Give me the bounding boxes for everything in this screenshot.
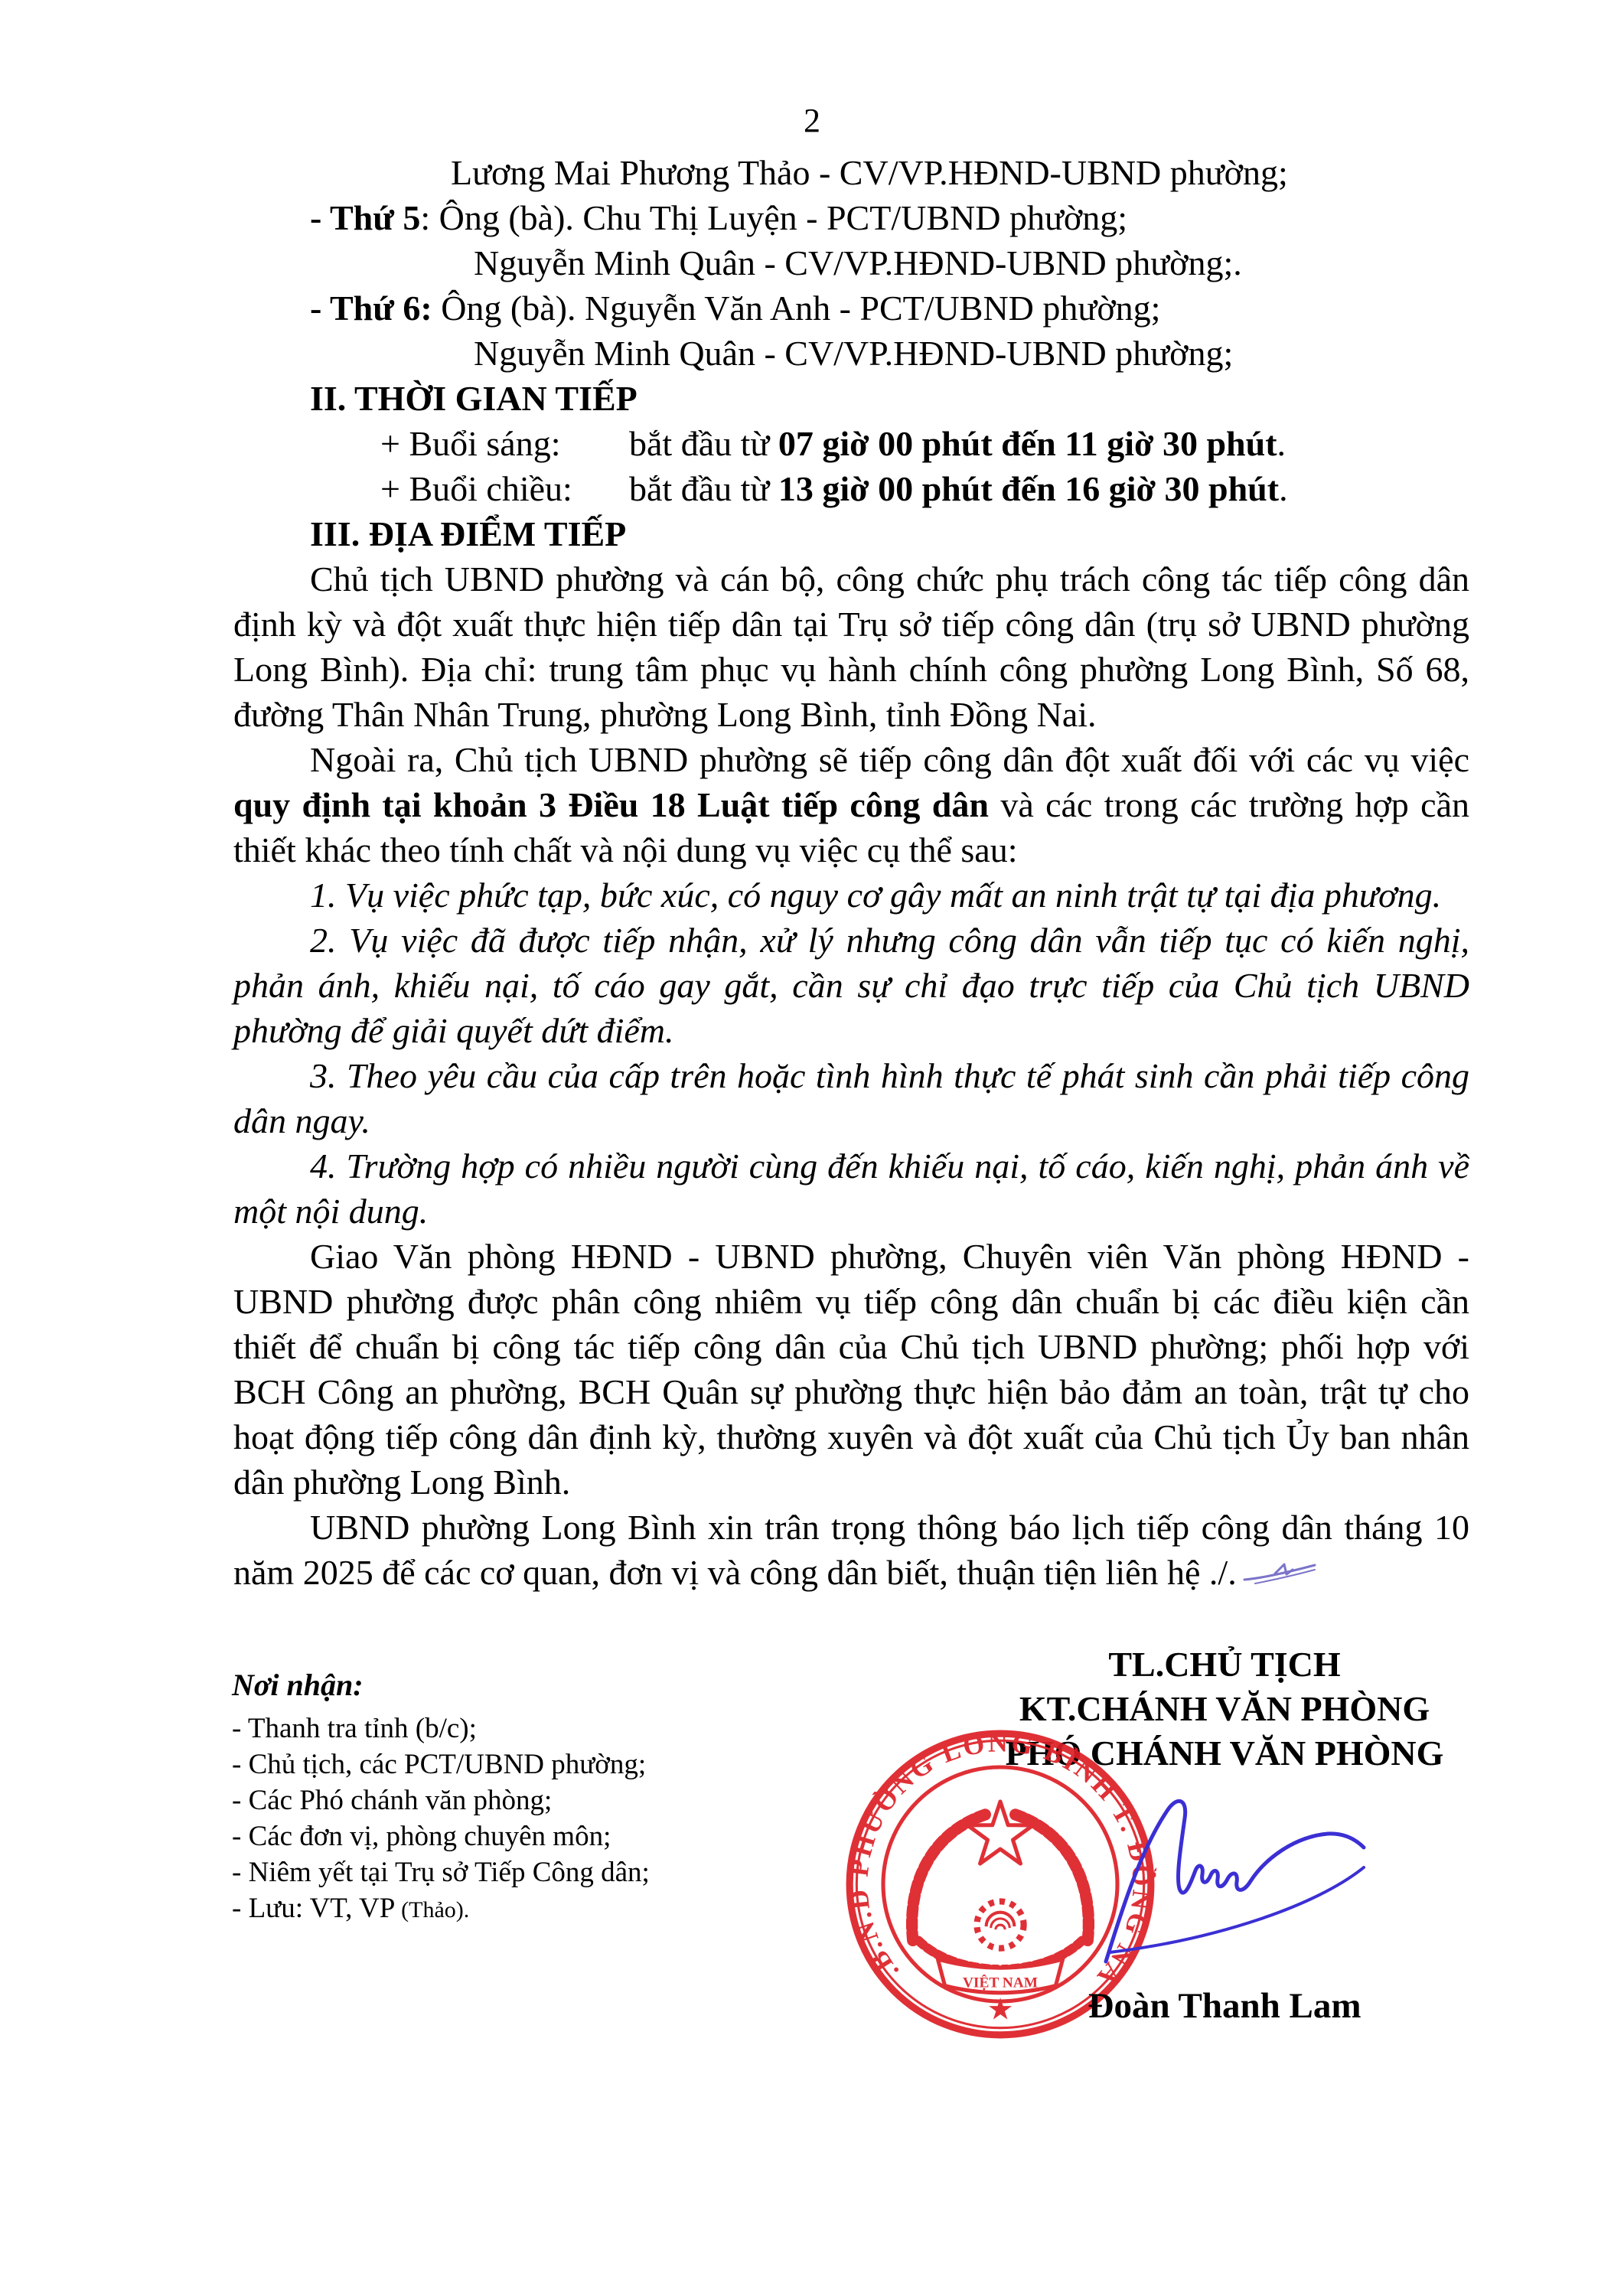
case-item-4: 4. Trường hợp có nhiều người cùng đến kh… [233,1143,1469,1234]
paragraph-location: Chủ tịch UBND phường và cán bộ, công chứ… [233,556,1469,737]
recipients-block: Nơi nhận: - Thanh tra tỉnh (b/c); - Chủ … [232,1667,650,1928]
section-iii-heading: III. ĐỊA ĐIỂM TIẾP [233,511,1469,556]
sign-title-1: TL.CHỦ TỊCH [983,1642,1466,1687]
handwritten-signature [1064,1789,1370,1973]
paragraph-exception: Ngoài ra, Chủ tịch UBND phường sẽ tiếp c… [233,737,1469,872]
sign-title-2: KT.CHÁNH VĂN PHÒNG [983,1687,1466,1731]
roster-text: Nguyễn Minh Quân - CV/VP.HĐND-UBND phườn… [474,243,1242,282]
paragraph-assignment: Giao Văn phòng HĐND - UBND phường, Chuyê… [233,1234,1469,1505]
day-label: - Thứ 6: [310,289,432,328]
time-row-morning: + Buổi sáng:bắt đầu từ 07 giờ 00 phút đế… [233,421,1469,466]
recipient-line: - Các Phó chánh văn phòng; [232,1782,650,1818]
paragraph-closing: UBND phường Long Bình xin trân trọng thô… [233,1505,1469,1595]
roster-text: Nguyễn Minh Quân - CV/VP.HĐND-UBND phườn… [474,334,1233,373]
paragraph-text: Ngoài ra, Chủ tịch UBND phường sẽ tiếp c… [310,740,1469,779]
roster-text: Lương Mai Phương Thảo - CV/VP.HĐND-UBND … [451,153,1288,192]
time-suffix: . [1277,424,1286,463]
roster-line: Nguyễn Minh Quân - CV/VP.HĐND-UBND phườn… [233,331,1469,376]
roster-line: Nguyễn Minh Quân - CV/VP.HĐND-UBND phườn… [233,240,1469,285]
time-label: + Buổi sáng: [380,421,629,466]
recipient-line: - Chủ tịch, các PCT/UBND phường; [232,1746,650,1782]
time-range: 07 giờ 00 phút đến 11 giờ 30 phút [778,424,1277,463]
time-range: 13 giờ 00 phút đến 16 giờ 30 phút [778,469,1279,508]
time-row-afternoon: + Buổi chiều:bắt đầu từ 13 giờ 00 phút đ… [233,466,1469,511]
section-ii-heading: II. THỜI GIAN TIẾP [233,376,1469,421]
ink-paraph-mark [1241,1555,1318,1587]
recipient-line: - Niêm yết tại Trụ sở Tiếp Công dân; [232,1854,650,1890]
case-item-1: 1. Vụ việc phức tạp, bức xúc, có nguy cơ… [233,872,1469,918]
roster-text: Ông (bà). Nguyễn Văn Anh - PCT/UBND phườ… [432,289,1161,328]
law-reference: quy định tại khoản 3 Điều 18 Luật tiếp c… [233,785,989,824]
document-body: Lương Mai Phương Thảo - CV/VP.HĐND-UBND … [233,150,1469,1595]
page-number: 2 [0,98,1624,143]
recipient-line: - Các đơn vị, phòng chuyên môn; [232,1818,650,1854]
recipient-line-luu: - Lưu: VT, VP (Thảo). [232,1890,650,1928]
luu-text: - Lưu: VT, VP [232,1893,401,1924]
time-label: + Buổi chiều: [380,466,629,511]
document-page: 2 Lương Mai Phương Thảo - CV/VP.HĐND-UBN… [0,0,1624,2296]
roster-line: Lương Mai Phương Thảo - CV/VP.HĐND-UBND … [233,150,1469,195]
time-suffix: . [1279,469,1288,508]
recipient-line: - Thanh tra tỉnh (b/c); [232,1711,650,1746]
luu-note: (Thảo). [401,1897,469,1923]
recipients-heading: Nơi nhận: [232,1667,650,1703]
roster-line: - Thứ 6: Ông (bà). Nguyễn Văn Anh - PCT/… [233,285,1469,331]
signer-name: Đoàn Thanh Lam [983,1984,1466,2029]
time-prefix: bắt đầu từ [629,469,778,508]
time-prefix: bắt đầu từ [629,424,778,463]
case-item-2: 2. Vụ việc đã được tiếp nhận, xử lý nhưn… [233,918,1469,1053]
day-label: - Thứ 5 [310,198,420,237]
roster-line: - Thứ 5: Ông (bà). Chu Thị Luyện - PCT/U… [233,195,1469,240]
case-item-3: 3. Theo yêu cầu của cấp trên hoặc tình h… [233,1053,1469,1143]
emblem-star [967,1802,1032,1864]
roster-text: : Ông (bà). Chu Thị Luyện - PCT/UBND phư… [420,198,1127,237]
